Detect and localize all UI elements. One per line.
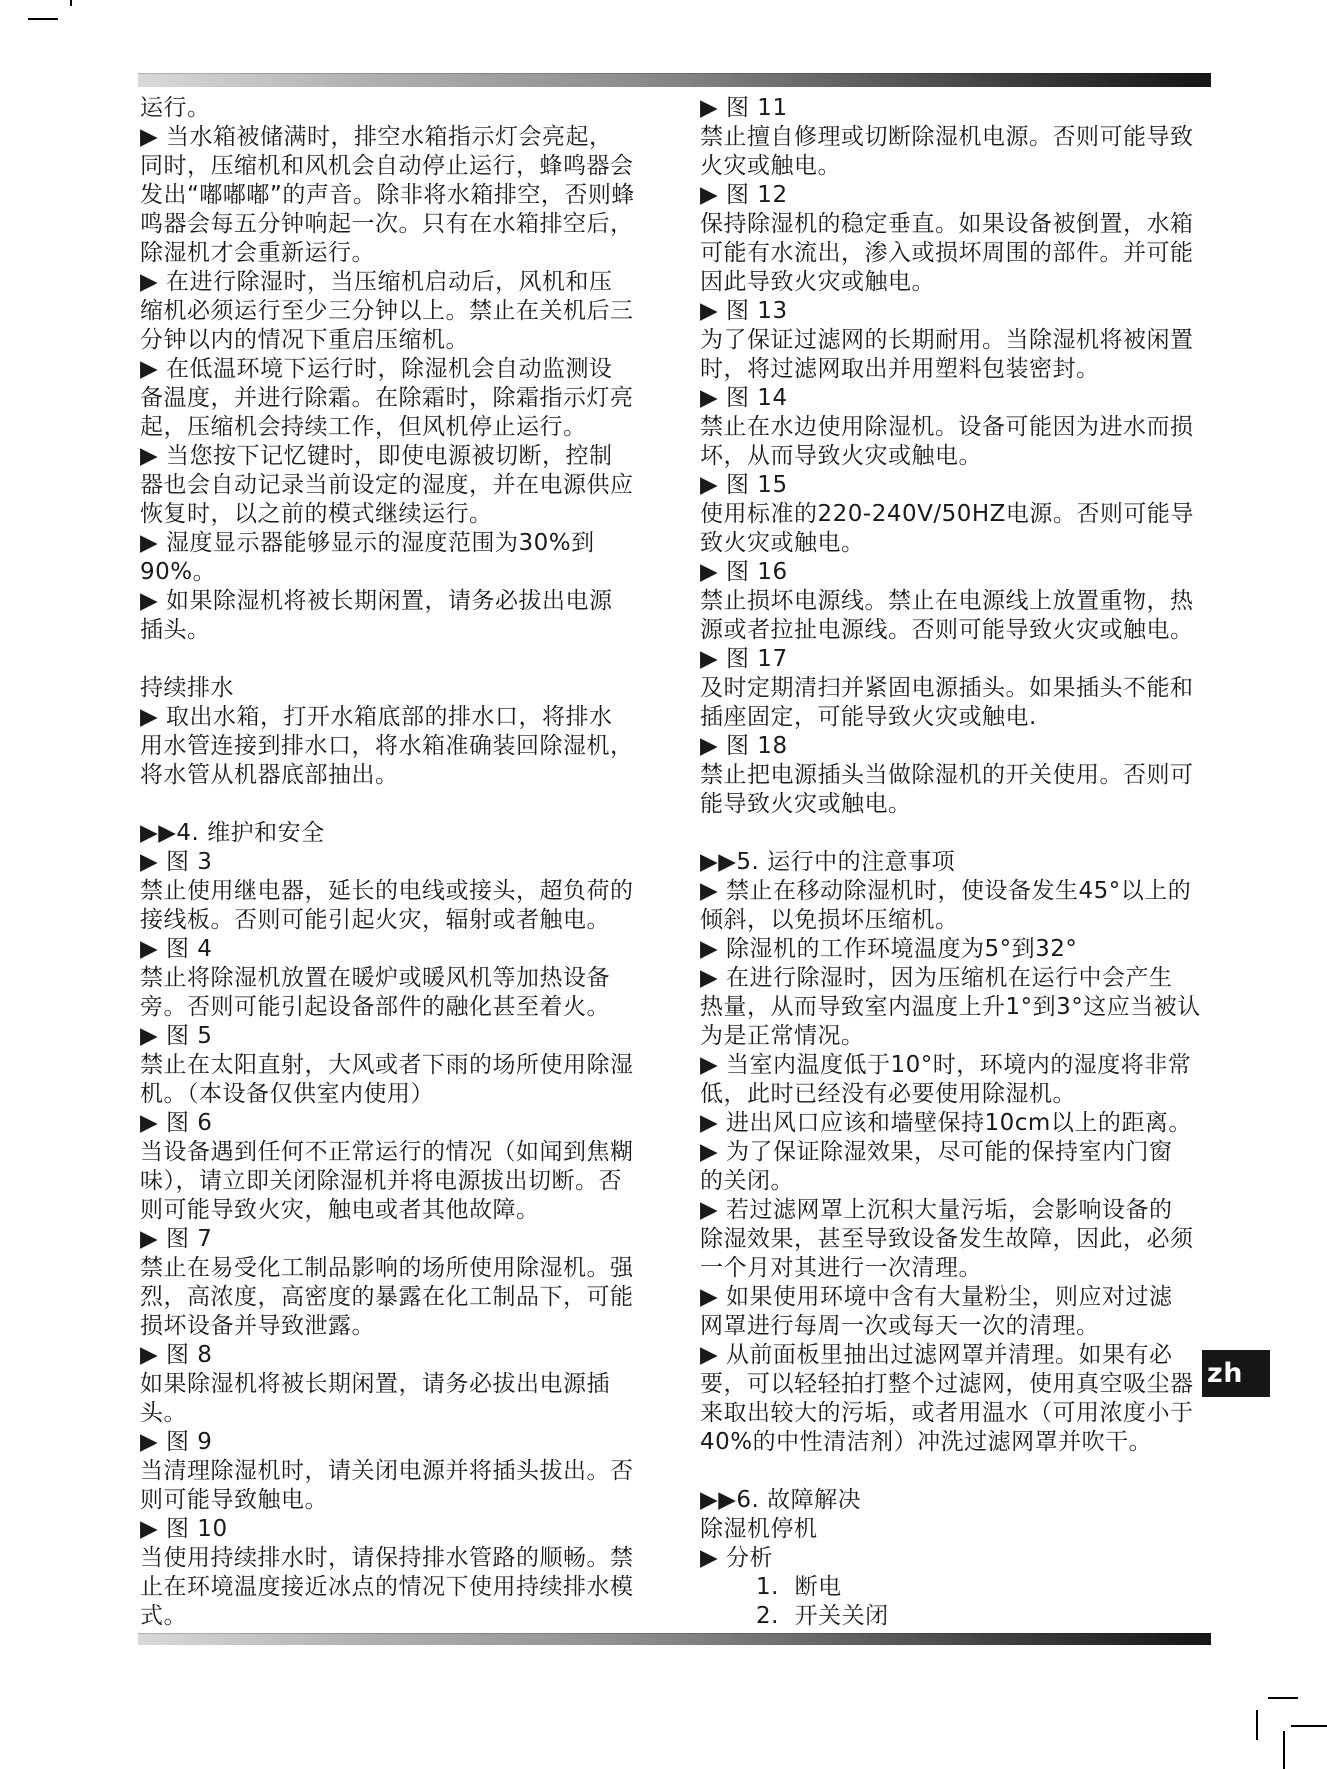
text-line: 恢复时，以之前的模式继续运行。 (140, 500, 668, 529)
text-line: 1. 断电 (700, 1573, 1222, 1602)
text-line: ▶ 图 13 (700, 297, 1222, 326)
text-line: ▶ 图 7 (140, 1225, 668, 1254)
text-line: 来取出较大的污垢，或者用温水（可用浓度小于 (700, 1399, 1222, 1428)
crop-mark-top-left-horizontal (28, 18, 58, 20)
text-line: 机。（本设备仅供室内使用） (140, 1080, 668, 1109)
text-line: 同时，压缩机和风机会自动停止运行，蜂鸣器会 (140, 152, 668, 181)
text-line: 40%的中性清洁剂）冲洗过滤网罩并吹干。 (700, 1428, 1222, 1457)
text-line: 时，将过滤网取出并用塑料包装密封。 (700, 355, 1222, 384)
crop-mark-bottom-right-horizontal-2 (1291, 1725, 1327, 1727)
text-line: ▶ 除湿机的工作环境温度为5°到32° (700, 935, 1222, 964)
text-line: ▶▶4. 维护和安全 (140, 819, 668, 848)
text-line: 接线板。否则可能引起火灾，辐射或者触电。 (140, 906, 668, 935)
text-line: 坏，从而导致火灾或触电。 (700, 442, 1222, 471)
text-line: ▶ 当您按下记忆键时，即使电源被切断，控制 (140, 442, 668, 471)
text-line: 用水管连接到排水口，将水箱准确装回除湿机， (140, 732, 668, 761)
text-line: 及时定期清扫并紧固电源插头。如果插头不能和 (700, 674, 1222, 703)
text-line: 分钟以内的情况下重启压缩机。 (140, 326, 668, 355)
text-line: 要，可以轻轻拍打整个过滤网，使用真空吸尘器 (700, 1370, 1222, 1399)
text-line: ▶ 若过滤网罩上沉积大量污垢，会影响设备的 (700, 1196, 1222, 1225)
text-line: 禁止擅自修理或切断除湿机电源。否则可能导致 (700, 123, 1222, 152)
text-line: 则可能导致火灾，触电或者其他故障。 (140, 1196, 668, 1225)
bottom-divider-bar (138, 1633, 1211, 1645)
text-line: ▶ 图 16 (700, 558, 1222, 587)
text-line: ▶ 图 12 (700, 181, 1222, 210)
text-line: 火灾或触电。 (700, 152, 1222, 181)
text-line: 烈，高浓度，高密度的暴露在化工制品下，可能 (140, 1283, 668, 1312)
text-line: ▶ 图 6 (140, 1109, 668, 1138)
text-line: ▶ 从前面板里抽出过滤网罩并清理。如果有必 (700, 1341, 1222, 1370)
text-line: 式。 (140, 1602, 668, 1631)
text-line: ▶ 图 15 (700, 471, 1222, 500)
text-line: 则可能导致触电。 (140, 1486, 668, 1515)
text-line: 禁止把电源插头当做除湿机的开关使用。否则可 (700, 761, 1222, 790)
text-line: 当设备遇到任何不正常运行的情况（如闻到焦糊 (140, 1138, 668, 1167)
text-line: ▶ 在进行除湿时，当压缩机启动后，风机和压 (140, 268, 668, 297)
text-line: 味），请立即关闭除湿机并将电源拔出切断。否 (140, 1167, 668, 1196)
text-line: ▶ 在进行除湿时，因为压缩机在运行中会产生 (700, 964, 1222, 993)
text-line (700, 819, 1222, 848)
text-line: 插头。 (140, 616, 668, 645)
text-line: 为是正常情况。 (700, 1022, 1222, 1051)
text-line: ▶ 图 5 (140, 1022, 668, 1051)
text-line: ▶ 图 18 (700, 732, 1222, 761)
crop-mark-top-left-vertical (70, 0, 72, 6)
text-line: 运行。 (140, 94, 668, 123)
text-line: ▶ 如果使用环境中含有大量粉尘，则应对过滤 (700, 1283, 1222, 1312)
text-line: 一个月对其进行一次清理。 (700, 1254, 1222, 1283)
text-line: 发出“嘟嘟嘟”的声音。除非将水箱排空，否则蜂 (140, 181, 668, 210)
text-line (700, 1457, 1222, 1486)
text-line: 缩机必须运行至少三分钟以上。禁止在关机后三 (140, 297, 668, 326)
text-line: ▶ 当室内温度低于10°时，环境内的湿度将非常 (700, 1051, 1222, 1080)
crop-mark-bottom-right-vertical-2 (1283, 1731, 1285, 1769)
text-line: ▶ 取出水箱，打开水箱底部的排水口，将排水 (140, 703, 668, 732)
text-line: 起，压缩机会持续工作，但风机停止运行。 (140, 413, 668, 442)
text-line: ▶ 湿度显示器能够显示的湿度范围为30%到 (140, 529, 668, 558)
text-line: ▶ 进出风口应该和墙壁保持10cm以上的距离。 (700, 1109, 1222, 1138)
text-line: 禁止在水边使用除湿机。设备可能因为进水而损 (700, 413, 1222, 442)
text-line: 禁止在太阳直射，大风或者下雨的场所使用除湿 (140, 1051, 668, 1080)
text-line: ▶ 图 9 (140, 1428, 668, 1457)
text-line: 备温度，并进行除霜。在除霜时，除霜指示灯亮 (140, 384, 668, 413)
text-line (140, 790, 668, 819)
text-line: ▶ 图 8 (140, 1341, 668, 1370)
text-line: 使用标准的220-240V/50HZ电源。否则可能导 (700, 500, 1222, 529)
text-line: 损坏设备并导致泄露。 (140, 1312, 668, 1341)
text-line (140, 645, 668, 674)
text-line: 能导致火灾或触电。 (700, 790, 1222, 819)
text-line: 鸣器会每五分钟响起一次。只有在水箱排空后， (140, 210, 668, 239)
text-line: 网罩进行每周一次或每天一次的清理。 (700, 1312, 1222, 1341)
text-line: 禁止使用继电器，延长的电线或接头，超负荷的 (140, 877, 668, 906)
text-line: ▶ 图 4 (140, 935, 668, 964)
text-line: 除湿机停机 (700, 1515, 1222, 1544)
text-line: 旁。否则可能引起设备部件的融化甚至着火。 (140, 993, 668, 1022)
text-line: ▶ 在低温环境下运行时，除湿机会自动监测设 (140, 355, 668, 384)
language-tab-label: zh (1207, 1358, 1243, 1389)
text-line: ▶ 当水箱被储满时，排空水箱指示灯会亮起， (140, 123, 668, 152)
language-tab-zh: zh (1202, 1350, 1270, 1397)
text-line: 为了保证过滤网的长期耐用。当除湿机将被闲置 (700, 326, 1222, 355)
text-line: 致火灾或触电。 (700, 529, 1222, 558)
text-line: 当使用持续排水时，请保持排水管路的顺畅。禁 (140, 1544, 668, 1573)
text-line: 90%。 (140, 558, 668, 587)
text-line: 除湿效果，甚至导致设备发生故障，因此，必须 (700, 1225, 1222, 1254)
text-line: 持续排水 (140, 674, 668, 703)
text-line: ▶ 图 3 (140, 848, 668, 877)
text-line: 禁止将除湿机放置在暖炉或暖风机等加热设备 (140, 964, 668, 993)
text-line: ▶ 图 17 (700, 645, 1222, 674)
top-divider-bar (138, 73, 1211, 87)
text-line: ▶▶5. 运行中的注意事项 (700, 848, 1222, 877)
text-line: 禁止损坏电源线。禁止在电源线上放置重物，热 (700, 587, 1222, 616)
text-line: 保持除湿机的稳定垂直。如果设备被倒置，水箱 (700, 210, 1222, 239)
text-line: 低，此时已经没有必要使用除湿机。 (700, 1080, 1222, 1109)
text-line: ▶ 如果除湿机将被长期闲置，请务必拔出电源 (140, 587, 668, 616)
text-line: 插座固定，可能导致火灾或触电. (700, 703, 1222, 732)
text-line: ▶ 为了保证除湿效果，尽可能的保持室内门窗 (700, 1138, 1222, 1167)
text-line: ▶ 图 10 (140, 1515, 668, 1544)
text-line: 器也会自动记录当前设定的湿度，并在电源供应 (140, 471, 668, 500)
text-line: 禁止在易受化工制品影响的场所使用除湿机。强 (140, 1254, 668, 1283)
text-line: 将水管从机器底部抽出。 (140, 761, 668, 790)
text-line: ▶ 禁止在移动除湿机时，使设备发生45°以上的 (700, 877, 1222, 906)
text-line: 除湿机才会重新运行。 (140, 239, 668, 268)
crop-mark-bottom-right-horizontal-1 (1268, 1697, 1298, 1699)
text-line: ▶ 图 11 (700, 94, 1222, 123)
text-line: 源或者拉扯电源线。否则可能导致火灾或触电。 (700, 616, 1222, 645)
crop-mark-bottom-right-vertical-1 (1256, 1710, 1258, 1740)
text-line: 的关闭。 (700, 1167, 1222, 1196)
text-line: ▶▶6. 故障解决 (700, 1486, 1222, 1515)
text-line: ▶ 分析 (700, 1544, 1222, 1573)
manual-page: 运行。▶ 当水箱被储满时，排空水箱指示灯会亮起，同时，压缩机和风机会自动停止运行… (0, 0, 1327, 1769)
text-line: 可能有水流出，渗入或损坏周围的部件。并可能 (700, 239, 1222, 268)
text-line: 如果除湿机将被长期闲置，请务必拔出电源插 (140, 1370, 668, 1399)
left-text-column: 运行。▶ 当水箱被储满时，排空水箱指示灯会亮起，同时，压缩机和风机会自动停止运行… (140, 94, 668, 1631)
right-text-column: ▶ 图 11禁止擅自修理或切断除湿机电源。否则可能导致火灾或触电。▶ 图 12保… (700, 94, 1222, 1631)
text-line: 热量，从而导致室内温度上升1°到3°这应当被认 (700, 993, 1222, 1022)
text-line: 因此导致火灾或触电。 (700, 268, 1222, 297)
text-line: 2. 开关关闭 (700, 1602, 1222, 1631)
text-line: 头。 (140, 1399, 668, 1428)
text-line: 止在环境温度接近冰点的情况下使用持续排水模 (140, 1573, 668, 1602)
text-line: ▶ 图 14 (700, 384, 1222, 413)
text-line: 倾斜，以免损坏压缩机。 (700, 906, 1222, 935)
text-line: 当清理除湿机时，请关闭电源并将插头拔出。否 (140, 1457, 668, 1486)
